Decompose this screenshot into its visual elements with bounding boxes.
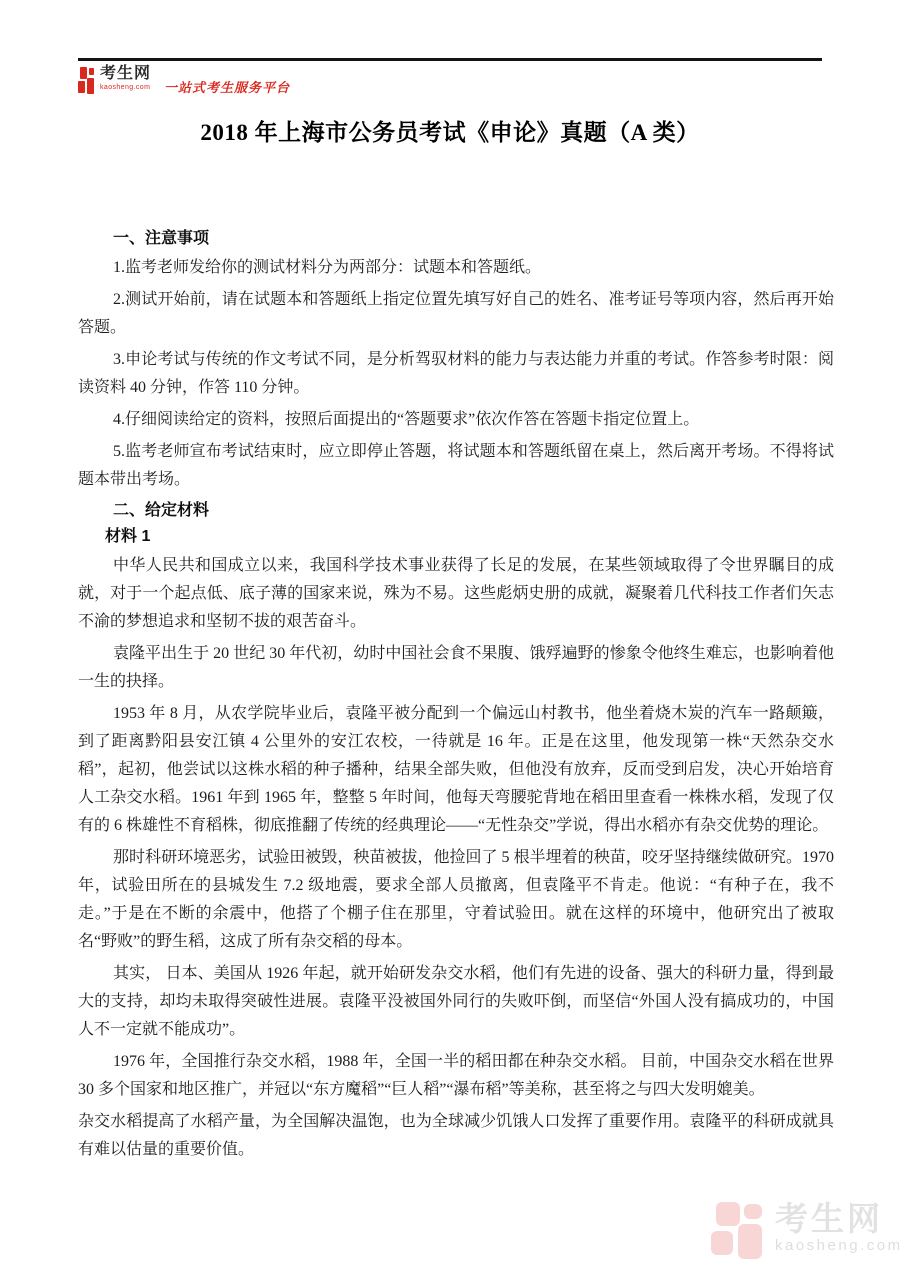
site-header: 考生网 kaosheng.com 一站式考生服务平台 xyxy=(78,66,900,98)
notice-item: 2.测试开始前，请在试题本和答题纸上指定位置先填写好自己的姓名、准考证号等项内容… xyxy=(78,286,834,342)
notice-item: 3.申论考试与传统的作文考试不同，是分析驾驭材料的能力与表达能力并重的考试。作答… xyxy=(78,346,834,402)
watermark-brand-domain: kaosheng.com xyxy=(775,1238,900,1253)
header-divider xyxy=(78,58,822,61)
notice-section: 一、注意事项 1.监考老师发给你的测试材料分为两部分：试题本和答题纸。 2.测试… xyxy=(78,228,834,494)
brand-name: 考生网 xyxy=(100,66,151,82)
material-paragraph: 那时科研环境恶劣，试验田被毁，秧苗被拔，他捡回了 5 根半埋着的秧苗，咬牙坚持继… xyxy=(78,844,834,956)
materials-section: 二、给定材料 材料 1 中华人民共和国成立以来，我国科学技术事业获得了长足的发展… xyxy=(78,500,834,1164)
material-label: 材料 1 xyxy=(78,526,834,548)
material-paragraph: 中华人民共和国成立以来，我国科学技术事业获得了长足的发展，在某些领域取得了令世界… xyxy=(78,552,834,636)
materials-heading: 二、给定材料 xyxy=(78,500,834,522)
page-title: 2018 年上海市公务员考试《申论》真题（A 类） xyxy=(78,118,822,148)
kaosheng-logo-icon xyxy=(78,67,95,95)
brand-domain: kaosheng.com xyxy=(100,84,151,91)
material-paragraph: 1976 年，全国推行杂交水稻，1988 年，全国一半的稻田都在种杂交水稻。 目… xyxy=(78,1048,834,1104)
kaosheng-watermark-icon xyxy=(711,1202,765,1260)
kaosheng-logo: 考生网 kaosheng.com xyxy=(100,66,151,91)
notice-heading: 一、注意事项 xyxy=(78,228,834,250)
material-paragraph: 杂交水稻提高了水稻产量，为全国解决温饱，也为全球减少饥饿人口发挥了重要作用。袁隆… xyxy=(78,1108,834,1164)
document-body: 一、注意事项 1.监考老师发给你的测试材料分为两部分：试题本和答题纸。 2.测试… xyxy=(78,228,834,1164)
kaosheng-watermark: 考生网 kaosheng.com xyxy=(711,1202,900,1260)
notice-item: 1.监考老师发给你的测试材料分为两部分：试题本和答题纸。 xyxy=(78,254,834,282)
material-paragraph: 其实， 日本、美国从 1926 年起，就开始研发杂交水稻，他们有先进的设备、强大… xyxy=(78,960,834,1044)
material-paragraph: 1953 年 8 月，从农学院毕业后，袁隆平被分配到一个偏远山村教书，他坐着烧木… xyxy=(78,700,834,840)
material-paragraph: 袁隆平出生于 20 世纪 30 年代初，幼时中国社会食不果腹、饿殍遍野的惨象令他… xyxy=(78,640,834,696)
notice-item: 4.仔细阅读给定的资料，按照后面提出的“答题要求”依次作答在答题卡指定位置上。 xyxy=(78,406,834,434)
watermark-text: 考生网 kaosheng.com xyxy=(775,1202,900,1253)
brand-tagline: 一站式考生服务平台 xyxy=(164,77,290,96)
notice-item: 5.监考老师宣布考试结束时，应立即停止答题，将试题本和答题纸留在桌上，然后离开考… xyxy=(78,438,834,494)
watermark-brand-name: 考生网 xyxy=(775,1202,900,1235)
